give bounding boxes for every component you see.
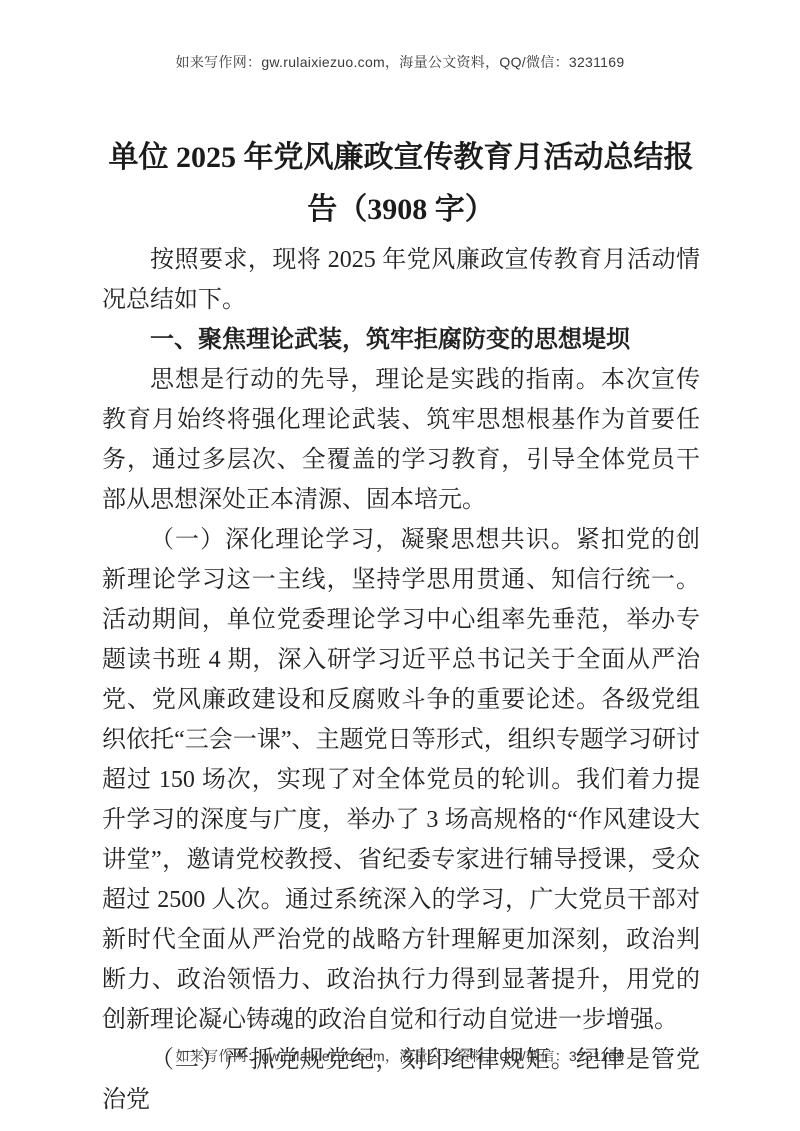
paragraph: （一）深化理论学习，凝聚思想共识。紧扣党的创新理论学习这一主线，坚持学思用贯通、… bbox=[102, 520, 700, 1040]
document-title: 单位 2025 年党风廉政宣传教育月活动总结报告（3908 字） bbox=[102, 132, 700, 236]
header-watermark: 如来写作网：gw.rulaixiezuo.com，海量公文资料，QQ/微信：32… bbox=[0, 52, 800, 72]
document-body: 按照要求，现将 2025 年党风廉政宣传教育月活动情况总结如下。一、聚焦理论武装… bbox=[102, 240, 700, 1120]
paragraph: 思想是行动的先导，理论是实践的指南。本次宣传教育月始终将强化理论武装、筑牢思想根… bbox=[102, 360, 700, 520]
document-content: 单位 2025 年党风廉政宣传教育月活动总结报告（3908 字） 按照要求，现将… bbox=[102, 132, 700, 1120]
footer-watermark: 如来写作网：gw.rulaixiezuo.com，海量公文资料，QQ/微信：32… bbox=[0, 1046, 800, 1066]
paragraph: 按照要求，现将 2025 年党风廉政宣传教育月活动情况总结如下。 bbox=[102, 240, 700, 320]
document-page: 如来写作网：gw.rulaixiezuo.com，海量公文资料，QQ/微信：32… bbox=[0, 0, 800, 1131]
section-heading: 一、聚焦理论武装，筑牢拒腐防变的思想堤坝 bbox=[102, 320, 700, 360]
